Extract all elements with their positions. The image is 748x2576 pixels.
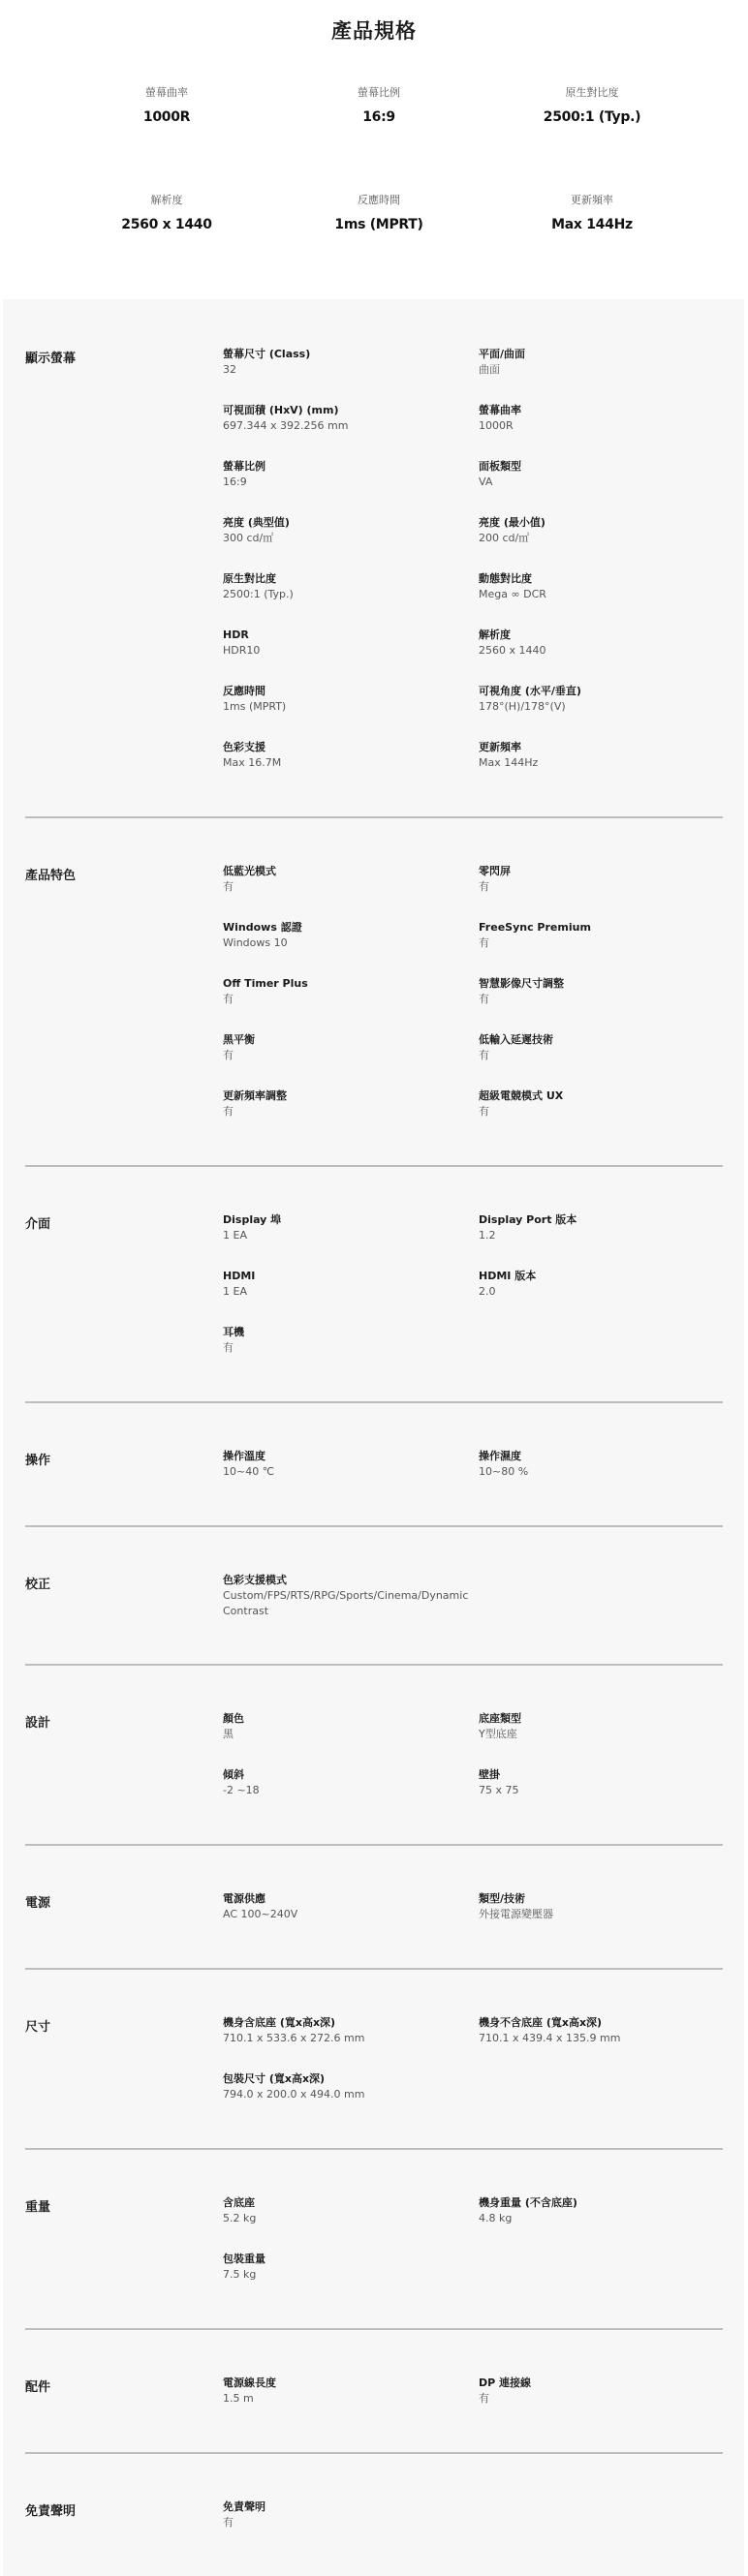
spec-value: 1 EA (223, 1228, 479, 1243)
spec-value: Max 16.7M (223, 755, 479, 771)
spec-value: 200 cd/㎡ (479, 531, 723, 546)
spec-label: 包裝尺寸 (寬x高x深) (223, 2070, 479, 2087)
spec-value: 300 cd/㎡ (223, 531, 479, 546)
spec-value: 有 (479, 879, 723, 895)
section-items: 色彩支援模式Custom/FPS/RTS/RPG/Sports/Cinema/D… (223, 1572, 723, 1664)
spec-label: 含底座 (223, 2194, 479, 2211)
spec-label: 類型/技術 (479, 1890, 723, 1907)
spec-label: 動態對比度 (479, 570, 723, 587)
spec-label: 機身不含底座 (寬x高x深) (479, 2014, 723, 2031)
section-title: 尺寸 (25, 2014, 223, 2148)
spec-item: 機身不含底座 (寬x高x深)710.1 x 439.4 x 135.9 mm (479, 2014, 723, 2047)
spec-item: 原生對比度2500:1 (Typ.) (223, 570, 479, 603)
spec-label: 低藍光模式 (223, 863, 479, 879)
spec-value: 曲面 (479, 362, 723, 378)
spec-item: 平面/曲面曲面 (479, 346, 723, 379)
spec-label: Off Timer Plus (223, 975, 479, 992)
spec-value: 794.0 x 200.0 x 494.0 mm (223, 2087, 479, 2102)
section-items: 顏色黑底座類型Y型底座傾斜-2 ~18壁掛75 x 75 (223, 1710, 723, 1844)
spec-label: 底座類型 (479, 1710, 723, 1727)
spec-value: -2 ~18 (223, 1783, 479, 1798)
spec-label: 機身重量 (不含底座) (479, 2194, 723, 2211)
spec-section: 產品特色低藍光模式有零閃屏有Windows 認證Windows 10FreeSy… (25, 816, 723, 1165)
spec-value: 75 x 75 (479, 1783, 723, 1798)
spec-item: 可視面積 (HxV) (mm)697.344 x 392.256 mm (223, 402, 479, 435)
spec-value: Mega ∞ DCR (479, 587, 723, 602)
spec-value: 1000R (479, 418, 723, 434)
spec-item: 色彩支援模式Custom/FPS/RTS/RPG/Sports/Cinema/D… (223, 1572, 723, 1619)
spec-value: 有 (223, 2515, 479, 2530)
spec-item: 傾斜-2 ~18 (223, 1766, 479, 1799)
spec-label: HDR (223, 627, 479, 643)
key-spec-value: 2560 x 1440 (60, 217, 273, 232)
spec-section: 介面Display 埠1 EADisplay Port 版本1.2HDMI1 E… (25, 1165, 723, 1401)
spec-label: 壁掛 (479, 1766, 723, 1783)
section-items: 電源線長度1.5 mDP 連接線有 (223, 2375, 723, 2452)
spec-value: 32 (223, 362, 479, 378)
key-spec-label: 反應時間 (272, 192, 485, 207)
spec-item: 黑平衡有 (223, 1031, 479, 1064)
spec-value: Y型底座 (479, 1727, 723, 1742)
spec-item: 亮度 (最小值)200 cd/㎡ (479, 514, 723, 547)
spec-item: HDRHDR10 (223, 627, 479, 659)
spec-item: 亮度 (典型值)300 cd/㎡ (223, 514, 479, 547)
spec-item: 底座類型Y型底座 (479, 1710, 723, 1743)
spec-item: 包裝重量7.5 kg (223, 2251, 479, 2284)
spec-value: 有 (223, 879, 479, 895)
section-title: 產品特色 (25, 863, 223, 1165)
spec-value: 10~40 ℃ (223, 1464, 479, 1480)
key-spec-item: 解析度 2560 x 1440 (60, 192, 273, 232)
spec-item: 電源線長度1.5 m (223, 2375, 479, 2407)
spec-label: 耳機 (223, 1324, 479, 1340)
spec-value: 1 EA (223, 1284, 479, 1300)
spec-value: 1ms (MPRT) (223, 699, 479, 715)
spec-item: 操作溫度10~40 ℃ (223, 1448, 479, 1481)
spec-label: 智慧影像尺寸調整 (479, 975, 723, 992)
spec-value: 有 (223, 1340, 479, 1356)
spec-value: Max 144Hz (479, 755, 723, 771)
spec-value: 有 (479, 2391, 723, 2407)
spec-label: 傾斜 (223, 1766, 479, 1783)
spec-label: 操作溫度 (223, 1448, 479, 1464)
spec-label: 顏色 (223, 1710, 479, 1727)
spec-item: 螢幕尺寸 (Class)32 (223, 346, 479, 379)
section-title: 介面 (25, 1211, 223, 1401)
spec-label: 低輸入延遲技術 (479, 1031, 723, 1048)
spec-item: 機身重量 (不含底座)4.8 kg (479, 2194, 723, 2227)
spec-label: 更新頻率調整 (223, 1088, 479, 1104)
spec-value: 有 (223, 992, 479, 1007)
section-items: 含底座5.2 kg機身重量 (不含底座)4.8 kg包裝重量7.5 kg (223, 2194, 723, 2328)
section-title: 設計 (25, 1710, 223, 1844)
spec-value: 5.2 kg (223, 2211, 479, 2226)
key-spec-label: 解析度 (60, 192, 273, 207)
key-spec-label: 螢幕比例 (272, 84, 485, 100)
spec-value: HDR10 (223, 643, 479, 659)
spec-value: 2560 x 1440 (479, 643, 723, 659)
spec-value: 有 (479, 1104, 723, 1119)
spec-item: FreeSync Premium有 (479, 919, 723, 952)
spec-label: 螢幕比例 (223, 458, 479, 475)
section-title: 重量 (25, 2194, 223, 2328)
spec-value: 有 (223, 1104, 479, 1119)
section-title: 配件 (25, 2375, 223, 2452)
spec-label: 色彩支援 (223, 739, 479, 755)
spec-table: 顯示螢幕螢幕尺寸 (Class)32平面/曲面曲面可視面積 (HxV) (mm)… (3, 299, 744, 2576)
spec-label: Windows 認證 (223, 919, 479, 935)
spec-item: Display Port 版本1.2 (479, 1211, 723, 1244)
spec-item: HDMI1 EA (223, 1268, 479, 1301)
spec-item: 低藍光模式有 (223, 863, 479, 896)
spec-section: 尺寸機身含底座 (寬x高x深)710.1 x 533.6 x 272.6 mm機… (25, 1968, 723, 2148)
spec-item: Off Timer Plus有 (223, 975, 479, 1008)
spec-item: 動態對比度Mega ∞ DCR (479, 570, 723, 603)
spec-value: Custom/FPS/RTS/RPG/Sports/Cinema/Dynamic… (223, 1588, 460, 1619)
spec-label: 亮度 (典型值) (223, 514, 479, 531)
spec-label: 操作濕度 (479, 1448, 723, 1464)
spec-label: 解析度 (479, 627, 723, 643)
spec-value: 16:9 (223, 475, 479, 490)
spec-value: 2500:1 (Typ.) (223, 587, 479, 602)
spec-item: 超級電競模式 UX有 (479, 1088, 723, 1120)
spec-label: 原生對比度 (223, 570, 479, 587)
spec-item: HDMI 版本2.0 (479, 1268, 723, 1301)
section-items: Display 埠1 EADisplay Port 版本1.2HDMI1 EAH… (223, 1211, 723, 1401)
spec-value: AC 100~240V (223, 1907, 479, 1922)
spec-section: 顯示螢幕螢幕尺寸 (Class)32平面/曲面曲面可視面積 (HxV) (mm)… (25, 299, 723, 816)
spec-value: 710.1 x 439.4 x 135.9 mm (479, 2031, 723, 2046)
spec-item: Windows 認證Windows 10 (223, 919, 479, 952)
section-items: 低藍光模式有零閃屏有Windows 認證Windows 10FreeSync P… (223, 863, 723, 1165)
spec-section: 重量含底座5.2 kg機身重量 (不含底座)4.8 kg包裝重量7.5 kg (25, 2148, 723, 2328)
spec-item: 壁掛75 x 75 (479, 1766, 723, 1799)
key-spec-label: 螢幕曲率 (60, 84, 273, 100)
spec-section: 電源電源供應AC 100~240V類型/技術外接電源變壓器 (25, 1844, 723, 1968)
spec-item: 可視角度 (水平/垂直)178°(H)/178°(V) (479, 683, 723, 716)
spec-label: 可視角度 (水平/垂直) (479, 683, 723, 699)
spec-value: 有 (479, 1048, 723, 1063)
spec-item: 螢幕曲率1000R (479, 402, 723, 435)
key-spec-item: 螢幕比例 16:9 (272, 84, 485, 125)
spec-value: 有 (223, 1048, 479, 1063)
spec-item: 反應時間1ms (MPRT) (223, 683, 479, 716)
spec-value: 1.5 m (223, 2391, 479, 2407)
spec-value: 1.2 (479, 1228, 723, 1243)
spec-label: 電源線長度 (223, 2375, 479, 2391)
spec-item: 色彩支援Max 16.7M (223, 739, 479, 772)
spec-label: 免責聲明 (223, 2499, 479, 2515)
key-spec-item: 反應時間 1ms (MPRT) (272, 192, 485, 232)
spec-section: 免責聲明免責聲明有 (25, 2452, 723, 2576)
spec-item: 解析度2560 x 1440 (479, 627, 723, 659)
spec-item: 耳機有 (223, 1324, 479, 1357)
section-items: 機身含底座 (寬x高x深)710.1 x 533.6 x 272.6 mm機身不… (223, 2014, 723, 2148)
spec-label: 包裝重量 (223, 2251, 479, 2267)
spec-value: 697.344 x 392.256 mm (223, 418, 479, 434)
spec-label: HDMI 版本 (479, 1268, 723, 1284)
spec-item: 顏色黑 (223, 1710, 479, 1743)
spec-label: 超級電競模式 UX (479, 1088, 723, 1104)
key-spec-item: 螢幕曲率 1000R (60, 84, 273, 125)
key-spec-label: 原生對比度 (485, 84, 699, 100)
spec-item: 面板類型VA (479, 458, 723, 491)
spec-item: 智慧影像尺寸調整有 (479, 975, 723, 1008)
section-title: 顯示螢幕 (25, 346, 223, 816)
spec-label: Display 埠 (223, 1211, 479, 1228)
section-items: 電源供應AC 100~240V類型/技術外接電源變壓器 (223, 1890, 723, 1968)
section-items: 螢幕尺寸 (Class)32平面/曲面曲面可視面積 (HxV) (mm)697.… (223, 346, 723, 816)
spec-label: 螢幕曲率 (479, 402, 723, 418)
spec-label: 平面/曲面 (479, 346, 723, 362)
spec-item: 更新頻率調整有 (223, 1088, 479, 1120)
spec-label: 電源供應 (223, 1890, 479, 1907)
spec-item: 機身含底座 (寬x高x深)710.1 x 533.6 x 272.6 mm (223, 2014, 479, 2047)
spec-label: 面板類型 (479, 458, 723, 475)
spec-value: 有 (479, 992, 723, 1007)
spec-label: 機身含底座 (寬x高x深) (223, 2014, 479, 2031)
spec-item: 免責聲明有 (223, 2499, 479, 2531)
section-title: 電源 (25, 1890, 223, 1968)
spec-value: 7.5 kg (223, 2267, 479, 2283)
spec-label: 螢幕尺寸 (Class) (223, 346, 479, 362)
spec-value: 外接電源變壓器 (479, 1907, 723, 1922)
section-title: 操作 (25, 1448, 223, 1525)
spec-value: 有 (479, 935, 723, 951)
spec-item: 含底座5.2 kg (223, 2194, 479, 2227)
key-spec-value: 16:9 (272, 109, 485, 125)
spec-item: 螢幕比例16:9 (223, 458, 479, 491)
spec-item: DP 連接線有 (479, 2375, 723, 2407)
key-spec-value: 2500:1 (Typ.) (485, 109, 699, 125)
spec-label: DP 連接線 (479, 2375, 723, 2391)
section-items: 免責聲明有 (223, 2499, 723, 2576)
key-spec-item: 原生對比度 2500:1 (Typ.) (485, 84, 699, 125)
key-spec-value: Max 144Hz (485, 217, 699, 232)
spec-value: VA (479, 475, 723, 490)
spec-value: 10~80 % (479, 1464, 723, 1480)
spec-label: 可視面積 (HxV) (mm) (223, 402, 479, 418)
spec-label: 亮度 (最小值) (479, 514, 723, 531)
spec-item: 電源供應AC 100~240V (223, 1890, 479, 1923)
spec-label: 零閃屏 (479, 863, 723, 879)
spec-section: 配件電源線長度1.5 mDP 連接線有 (25, 2328, 723, 2452)
key-spec-value: 1000R (60, 109, 273, 125)
spec-label: 黑平衡 (223, 1031, 479, 1048)
spec-item: 低輸入延遲技術有 (479, 1031, 723, 1064)
spec-value: 710.1 x 533.6 x 272.6 mm (223, 2031, 479, 2046)
spec-value: 4.8 kg (479, 2211, 723, 2226)
spec-item: 更新頻率Max 144Hz (479, 739, 723, 772)
spec-value: 2.0 (479, 1284, 723, 1300)
key-spec-label: 更新頻率 (485, 192, 699, 207)
spec-item: 類型/技術外接電源變壓器 (479, 1890, 723, 1923)
spec-label: 反應時間 (223, 683, 479, 699)
spec-label: Display Port 版本 (479, 1211, 723, 1228)
spec-value: 黑 (223, 1727, 479, 1742)
spec-item: 包裝尺寸 (寬x高x深)794.0 x 200.0 x 494.0 mm (223, 2070, 479, 2103)
spec-value: Windows 10 (223, 935, 479, 951)
spec-item: 零閃屏有 (479, 863, 723, 896)
spec-label: 色彩支援模式 (223, 1572, 723, 1588)
key-specs: 螢幕曲率 1000R 螢幕比例 16:9 原生對比度 2500:1 (Typ.)… (0, 58, 748, 299)
spec-label: HDMI (223, 1268, 479, 1284)
spec-item: Display 埠1 EA (223, 1211, 479, 1244)
key-spec-item: 更新頻率 Max 144Hz (485, 192, 699, 232)
spec-section: 設計顏色黑底座類型Y型底座傾斜-2 ~18壁掛75 x 75 (25, 1664, 723, 1844)
page-title: 產品規格 (0, 0, 748, 58)
spec-label: FreeSync Premium (479, 919, 723, 935)
section-title: 校正 (25, 1572, 223, 1664)
spec-value: 178°(H)/178°(V) (479, 699, 723, 715)
section-title: 免責聲明 (25, 2499, 223, 2576)
spec-label: 更新頻率 (479, 739, 723, 755)
spec-section: 操作操作溫度10~40 ℃操作濕度10~80 % (25, 1401, 723, 1525)
key-spec-value: 1ms (MPRT) (272, 217, 485, 232)
spec-item: 操作濕度10~80 % (479, 1448, 723, 1481)
spec-section: 校正色彩支援模式Custom/FPS/RTS/RPG/Sports/Cinema… (25, 1525, 723, 1664)
section-items: 操作溫度10~40 ℃操作濕度10~80 % (223, 1448, 723, 1525)
